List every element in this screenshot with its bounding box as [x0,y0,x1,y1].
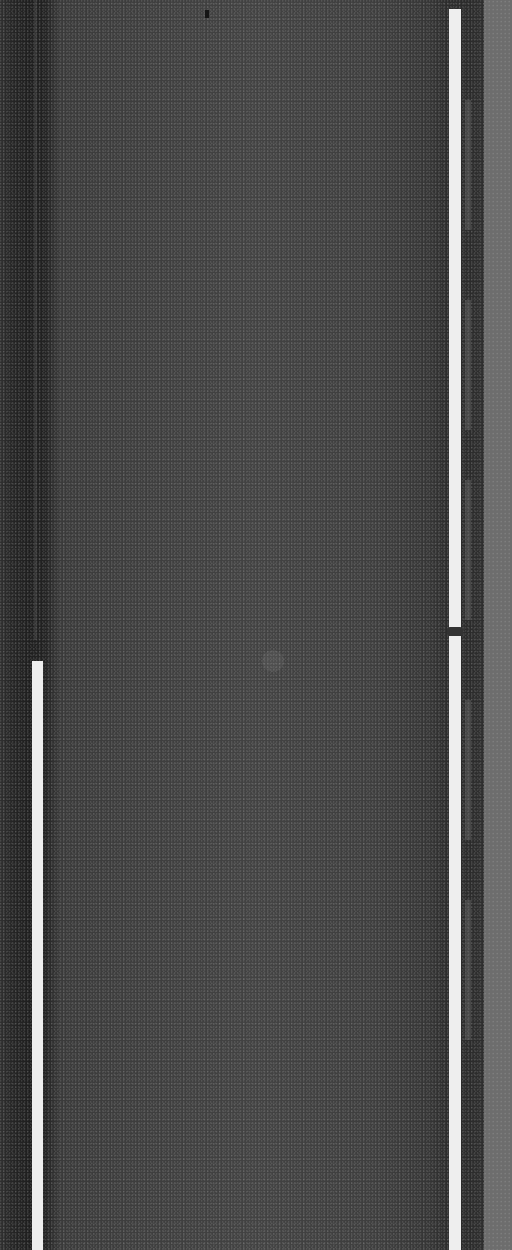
road-scene: Top-down aerial view of an asphalt road … [0,0,512,1250]
pavement-stain [262,650,284,672]
tire-track [465,480,471,620]
left-lane-line [32,661,43,1250]
tire-track [465,300,471,430]
right-lane-line-upper [449,9,461,628]
lane-line-gap [447,627,463,636]
tire-track [465,100,471,230]
faint-line-trace [34,0,37,640]
road-shoulder [484,0,512,1250]
asphalt-surface [0,0,512,1250]
tire-track [465,700,471,840]
debris-spot [205,10,209,18]
right-lane-line-lower [449,636,461,1250]
tire-track [465,900,471,1040]
